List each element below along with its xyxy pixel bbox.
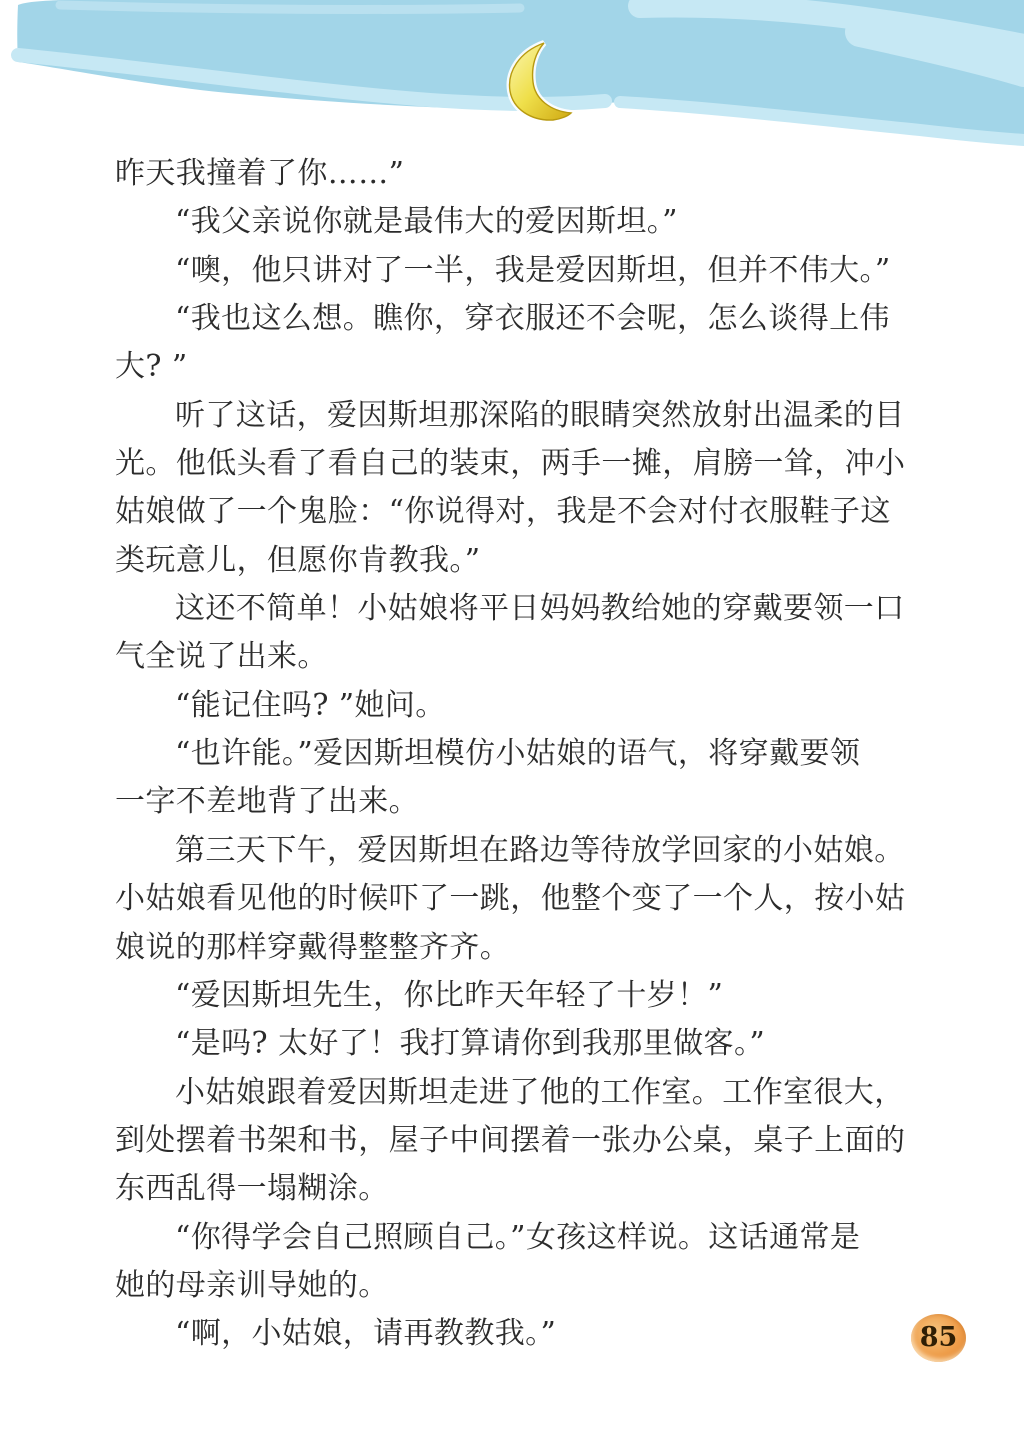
text-line: 东西乱得一塌糊涂。	[115, 1165, 915, 1213]
text-line: 大? ”	[115, 343, 915, 391]
text-line: 一字不差地背了出来。	[115, 778, 915, 826]
text-line: “能记住吗? ”她问。	[115, 682, 915, 730]
text-line: “噢，他只讲对了一半，我是爱因斯坦，但并不伟大。”	[115, 247, 915, 295]
text-line: “我父亲说你就是最伟大的爱因斯坦。”	[115, 198, 915, 246]
textbook-page: 昨天我撞着了你……” “我父亲说你就是最伟大的爱因斯坦。” “噢，他只讲对了一半…	[0, 0, 1024, 1439]
story-text: 昨天我撞着了你……” “我父亲说你就是最伟大的爱因斯坦。” “噢，他只讲对了一半…	[115, 150, 915, 1359]
text-line: 听了这话，爱因斯坦那深陷的眼睛突然放射出温柔的目	[115, 392, 915, 440]
text-line: 她的母亲训导她的。	[115, 1262, 915, 1310]
text-line: 这还不简单！小姑娘将平日妈妈教给她的穿戴要领一口	[115, 585, 915, 633]
text-line: “爱因斯坦先生，你比昨天年轻了十岁！”	[115, 972, 915, 1020]
text-line: “你得学会自己照顾自己。”女孩这样说。这话通常是	[115, 1214, 915, 1262]
text-line: “是吗? 太好了！我打算请你到我那里做客。”	[115, 1020, 915, 1068]
wave-streak-top-left	[60, 5, 520, 9]
text-line: 到处摆着书架和书，屋子中间摆着一张办公桌，桌子上面的	[115, 1117, 915, 1165]
page-number: 85	[920, 1322, 958, 1353]
wave-banner	[0, 0, 1024, 150]
text-line: “也许能。”爱因斯坦模仿小姑娘的语气，将穿戴要领	[115, 730, 915, 778]
page-number-badge: 85	[911, 1314, 966, 1362]
text-line: 小姑娘看见他的时候吓了一跳，他整个变了一个人，按小姑	[115, 875, 915, 923]
text-line: 类玩意儿，但愿你肯教我。”	[115, 537, 915, 585]
text-line: “啊，小姑娘，请再教教我。”	[115, 1310, 915, 1358]
text-line: 昨天我撞着了你……”	[115, 150, 915, 198]
text-line: 气全说了出来。	[115, 633, 915, 681]
text-line: 姑娘做了一个鬼脸：“你说得对，我是不会对付衣服鞋子这	[115, 488, 915, 536]
text-line: 光。他低头看了看自己的装束，两手一摊，肩膀一耸，冲小	[115, 440, 915, 488]
text-line: “我也这么想。瞧你，穿衣服还不会呢，怎么谈得上伟	[115, 295, 915, 343]
text-line: 小姑娘跟着爱因斯坦走进了他的工作室。工作室很大，	[115, 1069, 915, 1117]
text-line: 娘说的那样穿戴得整整齐齐。	[115, 924, 915, 972]
text-line: 第三天下午，爱因斯坦在路边等待放学回家的小姑娘。	[115, 827, 915, 875]
